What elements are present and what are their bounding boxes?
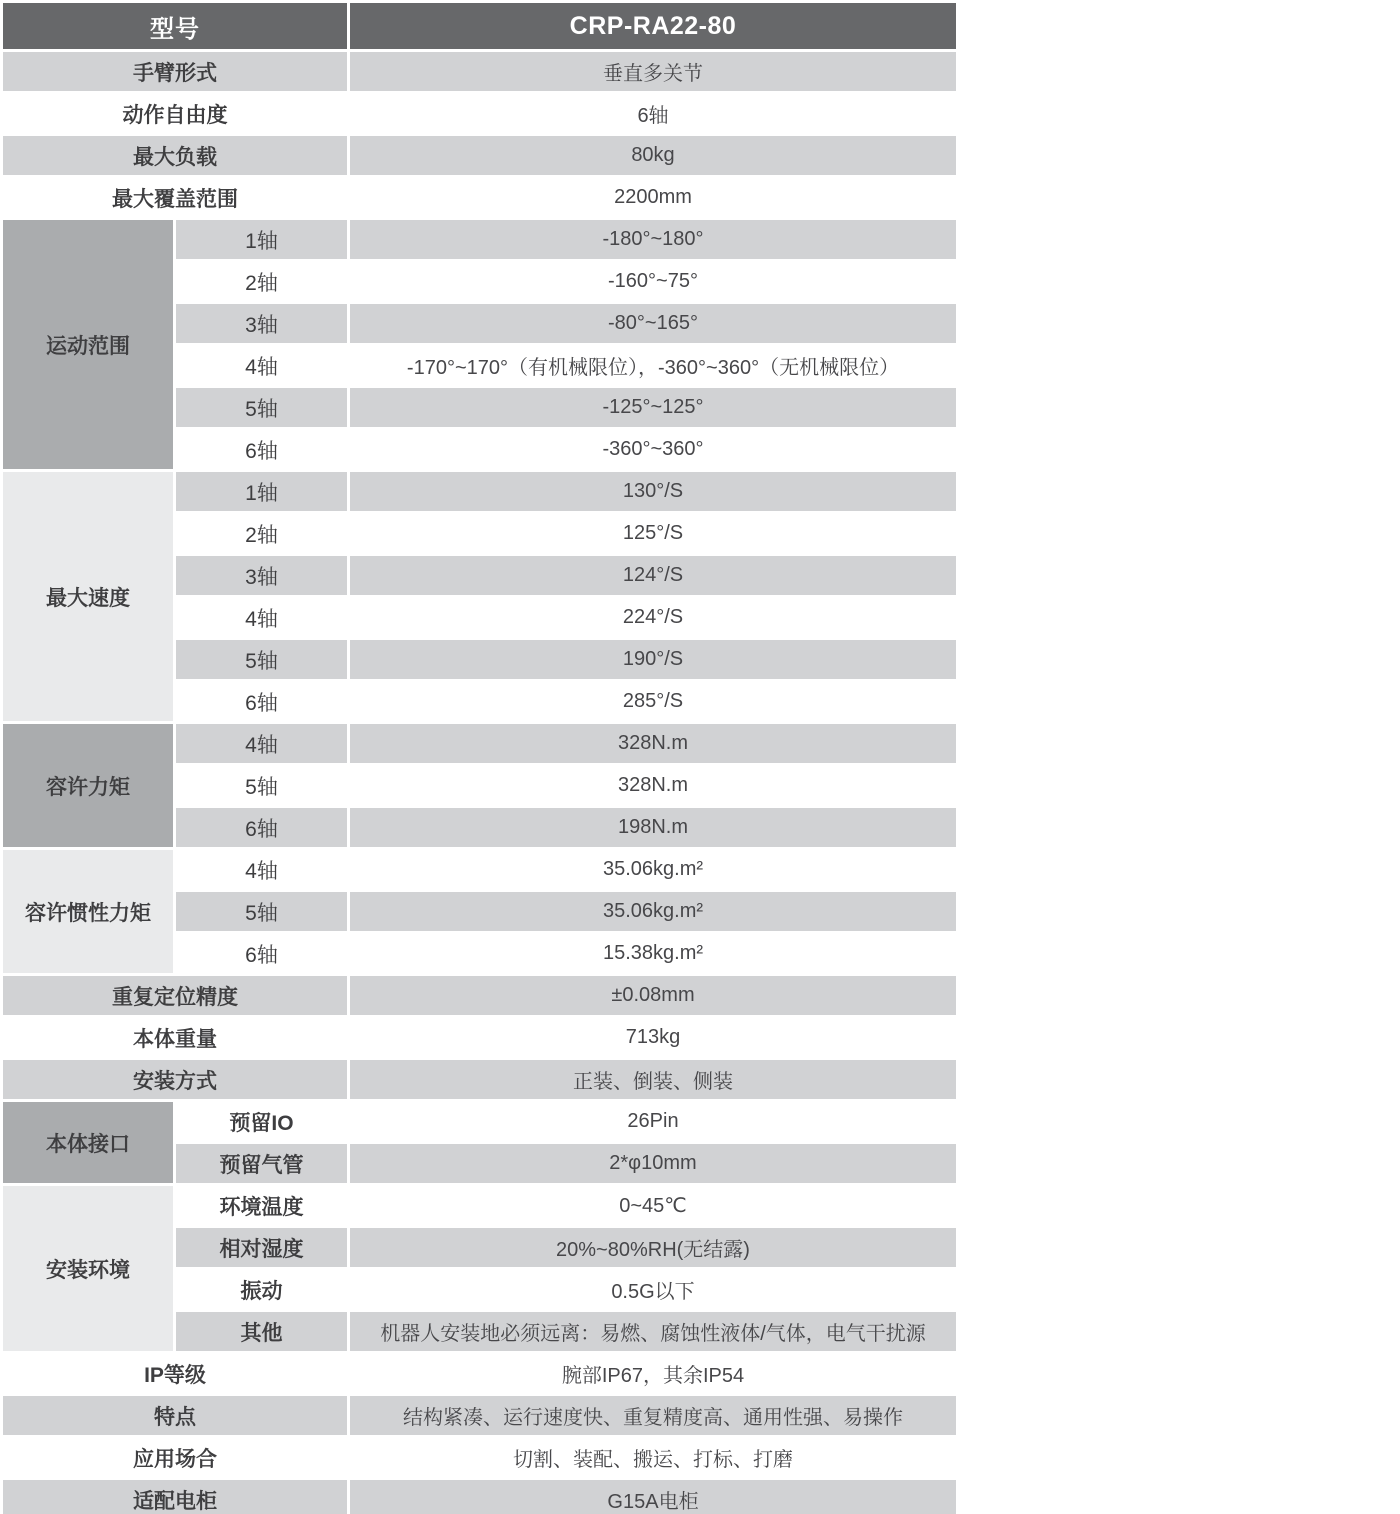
spec-row-value: -360°~360° xyxy=(350,430,956,469)
spec-header-model: CRP-RA22-80 xyxy=(350,3,956,49)
spec-row-label: 最大覆盖范围 xyxy=(3,178,347,217)
spec-row-label: 安装方式 xyxy=(3,1060,347,1099)
spec-row-value: 26Pin xyxy=(350,1102,956,1141)
spec-group-label: 最大速度 xyxy=(3,472,173,721)
spec-row-sublabel: 6轴 xyxy=(176,934,347,973)
spec-row-value: 15.38kg.m² xyxy=(350,934,956,973)
spec-row-sublabel: 2轴 xyxy=(176,514,347,553)
spec-row-sublabel: 5轴 xyxy=(176,388,347,427)
spec-row-label: 适配电柜 xyxy=(3,1480,347,1514)
spec-row-sublabel: 4轴 xyxy=(176,598,347,637)
spec-row-value: 切割、装配、搬运、打标、打磨 xyxy=(350,1438,956,1477)
spec-row: 动作自由度6轴 xyxy=(3,94,956,133)
spec-row-value: G15A电柜 xyxy=(350,1480,956,1514)
spec-row-sublabel: 5轴 xyxy=(176,892,347,931)
spec-row-sublabel: 其他 xyxy=(176,1312,347,1351)
spec-row-value: 198N.m xyxy=(350,808,956,847)
spec-row-value: 80kg xyxy=(350,136,956,175)
spec-row-value: 结构紧凑、运行速度快、重复精度高、通用性强、易操作 xyxy=(350,1396,956,1435)
spec-row-value: 2200mm xyxy=(350,178,956,217)
spec-row-sublabel: 预留气管 xyxy=(176,1144,347,1183)
spec-row-value: 2*φ10mm xyxy=(350,1144,956,1183)
spec-row-value: 腕部IP67，其余IP54 xyxy=(350,1354,956,1393)
spec-row: 应用场合切割、装配、搬运、打标、打磨 xyxy=(3,1438,956,1477)
spec-sheet: 型号 CRP-RA22-80 手臂形式垂直多关节动作自由度6轴最大负载80kg最… xyxy=(0,0,1400,1514)
spec-row: 重复定位精度±0.08mm xyxy=(3,976,956,1015)
spec-row-value: 20%~80%RH(无结露) xyxy=(350,1228,956,1267)
spec-row-sublabel: 6轴 xyxy=(176,682,347,721)
spec-row-label: 本体重量 xyxy=(3,1018,347,1057)
spec-group-label: 安装环境 xyxy=(3,1186,173,1351)
spec-group-label: 容许惯性力矩 xyxy=(3,850,173,973)
spec-row-value: 224°/S xyxy=(350,598,956,637)
spec-row-label: 重复定位精度 xyxy=(3,976,347,1015)
spec-row: 运动范围1轴-180°~180° xyxy=(3,220,956,259)
spec-row-value: 190°/S xyxy=(350,640,956,679)
spec-row-value: 125°/S xyxy=(350,514,956,553)
spec-header-label: 型号 xyxy=(3,3,347,49)
spec-row: 本体重量713kg xyxy=(3,1018,956,1057)
spec-row-value: 0.5G以下 xyxy=(350,1270,956,1309)
spec-row-sublabel: 振动 xyxy=(176,1270,347,1309)
spec-row: 安装方式正装、倒装、侧装 xyxy=(3,1060,956,1099)
spec-row-value: -170°~170°（有机械限位），-360°~360°（无机械限位） xyxy=(350,346,956,385)
spec-row-value: 124°/S xyxy=(350,556,956,595)
spec-row: 手臂形式垂直多关节 xyxy=(3,52,956,91)
spec-row-value: -160°~75° xyxy=(350,262,956,301)
spec-row-label: 特点 xyxy=(3,1396,347,1435)
robot-spec-table: 型号 CRP-RA22-80 手臂形式垂直多关节动作自由度6轴最大负载80kg最… xyxy=(0,0,959,1514)
spec-group-label: 运动范围 xyxy=(3,220,173,469)
spec-row-label: 手臂形式 xyxy=(3,52,347,91)
spec-row-label: 最大负载 xyxy=(3,136,347,175)
spec-row-sublabel: 3轴 xyxy=(176,556,347,595)
spec-row-value: -80°~165° xyxy=(350,304,956,343)
spec-row-label: IP等级 xyxy=(3,1354,347,1393)
spec-row-value: 285°/S xyxy=(350,682,956,721)
spec-row-value: 6轴 xyxy=(350,94,956,133)
spec-row-value: 328N.m xyxy=(350,724,956,763)
spec-row-value: 垂直多关节 xyxy=(350,52,956,91)
spec-row-value: 328N.m xyxy=(350,766,956,805)
spec-row-sublabel: 环境温度 xyxy=(176,1186,347,1225)
spec-row-value: 35.06kg.m² xyxy=(350,892,956,931)
spec-row-sublabel: 6轴 xyxy=(176,808,347,847)
spec-row-sublabel: 3轴 xyxy=(176,304,347,343)
spec-row-sublabel: 4轴 xyxy=(176,346,347,385)
spec-row-sublabel: 预留IO xyxy=(176,1102,347,1141)
spec-row-value: 35.06kg.m² xyxy=(350,850,956,889)
spec-row: 特点结构紧凑、运行速度快、重复精度高、通用性强、易操作 xyxy=(3,1396,956,1435)
spec-row: 最大负载80kg xyxy=(3,136,956,175)
spec-row: 最大速度1轴130°/S xyxy=(3,472,956,511)
spec-row: 适配电柜G15A电柜 xyxy=(3,1480,956,1514)
spec-row-value: ±0.08mm xyxy=(350,976,956,1015)
spec-group-label: 容许力矩 xyxy=(3,724,173,847)
spec-row-sublabel: 4轴 xyxy=(176,724,347,763)
spec-row: 最大覆盖范围2200mm xyxy=(3,178,956,217)
spec-row-value: -180°~180° xyxy=(350,220,956,259)
spec-row: 安装环境环境温度0~45℃ xyxy=(3,1186,956,1225)
spec-row: IP等级腕部IP67，其余IP54 xyxy=(3,1354,956,1393)
spec-row-sublabel: 1轴 xyxy=(176,220,347,259)
spec-row-value: 713kg xyxy=(350,1018,956,1057)
spec-row: 本体接口预留IO26Pin xyxy=(3,1102,956,1141)
spec-row-value: 0~45℃ xyxy=(350,1186,956,1225)
spec-row-label: 动作自由度 xyxy=(3,94,347,133)
spec-group-label: 本体接口 xyxy=(3,1102,173,1183)
spec-row-label: 应用场合 xyxy=(3,1438,347,1477)
spec-row-value: 正装、倒装、侧装 xyxy=(350,1060,956,1099)
spec-row-sublabel: 6轴 xyxy=(176,430,347,469)
spec-row-value: -125°~125° xyxy=(350,388,956,427)
spec-row-sublabel: 5轴 xyxy=(176,640,347,679)
spec-row-sublabel: 1轴 xyxy=(176,472,347,511)
spec-row: 容许力矩4轴328N.m xyxy=(3,724,956,763)
spec-row-value: 机器人安装地必须远离：易燃、腐蚀性液体/气体，电气干扰源 xyxy=(350,1312,956,1351)
spec-row-sublabel: 5轴 xyxy=(176,766,347,805)
spec-header-row: 型号 CRP-RA22-80 xyxy=(3,3,956,49)
spec-row-sublabel: 相对湿度 xyxy=(176,1228,347,1267)
spec-row-value: 130°/S xyxy=(350,472,956,511)
spec-row-sublabel: 4轴 xyxy=(176,850,347,889)
spec-row: 容许惯性力矩4轴35.06kg.m² xyxy=(3,850,956,889)
spec-row-sublabel: 2轴 xyxy=(176,262,347,301)
